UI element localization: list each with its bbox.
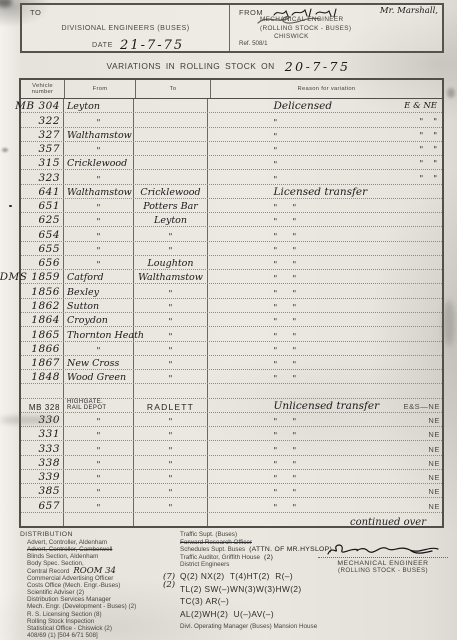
to-cell xyxy=(134,513,208,526)
header-box: TO DIVISIONAL ENGINEERS (BUSES) DATE21-7… xyxy=(20,3,444,53)
from-cell: Cricklewood xyxy=(64,156,134,169)
list-item-text: Traffic Auditor, Griffith House xyxy=(180,554,260,561)
to-cell: " xyxy=(134,242,208,255)
to-cell: " xyxy=(134,427,208,440)
from-cell: " xyxy=(64,113,134,126)
reason-cell: " " xyxy=(208,227,442,240)
vehicle-number-cell: 330 xyxy=(21,413,64,426)
from-cell: New Cross xyxy=(64,356,134,369)
reason-note: " " xyxy=(419,159,437,168)
table-row: MB 328 HIGHGATE. RAIL DEPOT RADLETT Unli… xyxy=(21,399,442,413)
header-from-section: FROM Mr. Marshall, MECHANICAL ENGINEER (… xyxy=(229,5,442,51)
list-item-text: Advert, Controller, Aldenham xyxy=(27,539,107,546)
date-line: DATE21-7-75 xyxy=(92,38,184,53)
reason-cell: " " NE xyxy=(208,427,442,440)
from-cell: " xyxy=(64,170,134,183)
reason-text: " " xyxy=(274,289,297,298)
table-body: MB 304 Leyton Delicensed E & NE 322 " " … xyxy=(21,99,442,526)
signature xyxy=(318,541,448,558)
reason-text: " " xyxy=(274,346,297,355)
table-row: 641 Walthamstow Cricklewood Licensed tra… xyxy=(21,185,442,199)
from-cell: " xyxy=(64,470,134,483)
table-row xyxy=(21,384,442,398)
vehicle-number-cell: 657 xyxy=(21,498,64,511)
reason-text: " " xyxy=(274,460,297,469)
reason-cell: " " " xyxy=(208,156,442,169)
signature-title-2: (ROLLING STOCK - BUSES) xyxy=(318,567,448,574)
reason-cell: " " xyxy=(208,327,442,340)
reason-cell: Unlicensed transfer E&S—NE xyxy=(208,399,442,412)
reason-text: " xyxy=(274,175,278,184)
reason-note: NE xyxy=(428,487,440,496)
from-cell: Sutton xyxy=(64,299,134,312)
table-row: 1848 Wood Green " " " xyxy=(21,370,442,384)
reason-text: " " xyxy=(274,446,297,455)
to-cell: " xyxy=(134,299,208,312)
list-item: Statistical Office - Chiswick (2) xyxy=(20,625,170,632)
reason-cell: " " NE xyxy=(208,498,442,511)
reason-cell: " " xyxy=(208,313,442,326)
reason-cell: " " xyxy=(208,356,442,369)
to-cell: " xyxy=(134,484,208,497)
table-row: MB 304 Leyton Delicensed E & NE xyxy=(21,99,442,113)
list-item: Central RecordROOM 34 xyxy=(20,568,170,575)
to-cell xyxy=(134,170,208,183)
list-item: Rolling Stock Inspection xyxy=(20,618,170,625)
distribution-code-line: TC(3) AR(–) xyxy=(180,595,365,608)
reason-text: " " xyxy=(274,303,297,312)
table-row: 315 Cricklewood " " " xyxy=(21,156,442,170)
distribution-list: DISTRIBUTION Advert, Controller, Aldenha… xyxy=(20,531,170,639)
garage-code-lines: Q(2) NX(2) T(4)HT(2) R(–)TL(2) SW(–)WN(3… xyxy=(180,570,365,620)
reason-cell: " " xyxy=(208,284,442,297)
reason-note: E & NE xyxy=(404,101,437,111)
table-row: 1866 " " " " xyxy=(21,342,442,356)
table-row: 330 " " " " NE xyxy=(21,413,442,427)
from-cell: " xyxy=(64,242,134,255)
col-header-vehicle-number: Vehicle number xyxy=(21,80,65,98)
to-label: TO xyxy=(30,8,41,17)
scan-smudge xyxy=(447,88,455,98)
vehicle-number-cell: DMS 1859 xyxy=(21,270,64,283)
reason-text: " xyxy=(274,132,278,141)
col-header-to: To xyxy=(136,80,211,98)
from-cell: Wood Green xyxy=(64,370,134,383)
table-row: 1862 Sutton " " " xyxy=(21,299,442,313)
table-row: continued over xyxy=(21,513,442,526)
reason-note: " " xyxy=(419,117,437,126)
reason-cell: continued over xyxy=(208,513,442,526)
reason-text: Unlicensed transfer xyxy=(274,400,380,412)
list-item: Traffic Supt. (Buses) xyxy=(180,531,360,539)
scan-smudge xyxy=(443,300,455,346)
table-row: 357 " " " " xyxy=(21,142,442,156)
col-header-from: From xyxy=(65,80,136,98)
reason-text: " " xyxy=(274,431,297,440)
table-row: 327 Walthamstow " " " xyxy=(21,128,442,142)
reason-note: " " xyxy=(419,131,437,140)
table-row: 654 " " " " xyxy=(21,227,442,241)
table-row: 655 " " " " xyxy=(21,242,442,256)
reason-cell: " " " xyxy=(208,142,442,155)
list-item: Commercial Advertising Officer xyxy=(20,575,170,582)
reason-text: " " xyxy=(274,246,297,255)
to-cell: " xyxy=(134,284,208,297)
vehicle-number-cell: 625 xyxy=(21,213,64,226)
vehicle-number-cell: 322 xyxy=(21,113,64,126)
reason-text: " " xyxy=(274,374,297,383)
vehicle-number-cell: MB 328 xyxy=(21,399,64,412)
list-item-text: Advert, Controller, Camberwell xyxy=(27,546,112,553)
list-item-text: R. S. Licensing Section (8) xyxy=(27,611,102,618)
from-cell: Walthamstow xyxy=(64,128,134,141)
vehicle-number-cell: 1848 xyxy=(21,370,64,383)
reason-cell: " " NE xyxy=(208,441,442,454)
date-value-handwritten: 21-7-75 xyxy=(120,38,184,53)
reason-note: NE xyxy=(428,445,440,454)
scanned-memo-page: TO DIVISIONAL ENGINEERS (BUSES) DATE21-7… xyxy=(0,0,457,640)
to-cell: Leyton xyxy=(134,213,208,226)
list-item: Mech. Engr. (Development - Buses) (2) xyxy=(20,603,170,610)
vehicle-number-cell: 1856 xyxy=(21,284,64,297)
signature-scrawl xyxy=(324,541,442,559)
margin-dot xyxy=(9,205,12,208)
recipient: DIVISIONAL ENGINEERS (BUSES) xyxy=(22,23,229,32)
reason-text: " " xyxy=(274,488,297,497)
to-cell xyxy=(134,128,208,141)
from-cell: " xyxy=(64,227,134,240)
from-cell: " xyxy=(64,142,134,155)
list-item-text: Schedules Supt. Buses xyxy=(180,546,245,553)
scan-smudge xyxy=(0,0,12,7)
reason-note: " " xyxy=(419,174,437,183)
to-cell: " xyxy=(134,470,208,483)
list-item: Costs Office (Mech. Engr.-Buses) xyxy=(20,582,170,589)
vehicle-number-cell: 1864 xyxy=(21,313,64,326)
list-item-text: Blinds Section, Aldenham xyxy=(27,553,98,560)
distribution-code-line: AL(2)WH(2) U(–)AV(–) xyxy=(180,608,365,621)
reason-note: NE xyxy=(428,502,440,511)
vehicle-number-cell: 654 xyxy=(21,227,64,240)
sender-block: MECHANICAL ENGINEER (ROLLING STOCK - BUS… xyxy=(260,16,351,42)
from-cell: Catford xyxy=(64,270,134,283)
reason-text: " " xyxy=(274,503,297,512)
vehicle-number-cell: 1862 xyxy=(21,299,64,312)
reason-text: " " xyxy=(274,232,297,241)
to-cell xyxy=(134,142,208,155)
vehicle-number-cell: 315 xyxy=(21,156,64,169)
header-to-section: TO DIVISIONAL ENGINEERS (BUSES) DATE21-7… xyxy=(22,5,229,51)
col-header-reason: Reason for variation xyxy=(211,80,442,98)
handwritten-annotation: (2) xyxy=(264,554,273,561)
to-cell: " xyxy=(134,327,208,340)
table-row: DMS 1859 Catford Walthamstow " " xyxy=(21,270,442,284)
reason-text: Licensed transfer xyxy=(274,186,368,198)
table-row: 1864 Croydon " " " xyxy=(21,313,442,327)
reason-text: " xyxy=(274,118,278,127)
reason-cell: " " xyxy=(208,270,442,283)
table-row: 1867 New Cross " " " xyxy=(21,356,442,370)
from-cell: Thornton Heath xyxy=(64,327,134,340)
to-cell: Walthamstow xyxy=(134,270,208,283)
vehicle-number-cell: 656 xyxy=(21,256,64,269)
reason-cell: " " NE xyxy=(208,413,442,426)
count-2: (2) xyxy=(163,581,175,589)
vehicle-number-cell: 655 xyxy=(21,242,64,255)
to-cell: " xyxy=(134,356,208,369)
from-cell: HIGHGATE. RAIL DEPOT xyxy=(64,399,134,412)
reason-note: E&S—NE xyxy=(403,402,440,411)
list-item: Blinds Section, Aldenham xyxy=(20,553,170,560)
from-cell: Croydon xyxy=(64,313,134,326)
list-item-text: Central Record xyxy=(27,568,69,575)
list-item-text: Mech. Engr. (Development - Buses) (2) xyxy=(27,603,136,610)
list-item-text: Commercial Advertising Officer xyxy=(27,575,113,582)
doc-title-line: VARIATIONS IN ROLLING STOCK ON20-7-75 xyxy=(0,59,457,74)
from-cell xyxy=(64,513,134,526)
to-cell: Cricklewood xyxy=(134,185,208,198)
footer: DISTRIBUTION Advert, Controller, Aldenha… xyxy=(20,531,450,637)
list-item: Advert, Controller, Aldenham xyxy=(20,539,170,546)
routing-name: Mr. Marshall, xyxy=(380,6,438,16)
table-row: 323 " " " " xyxy=(21,170,442,184)
title-date-handwritten: 20-7-75 xyxy=(285,59,351,74)
list-item-text: Distribution Services Manager xyxy=(27,596,111,603)
signature-title-1: MECHANICAL ENGINEER xyxy=(318,560,448,567)
list-item: Distribution Services Manager xyxy=(20,596,170,603)
reason-cell: " " xyxy=(208,256,442,269)
from-cell: Walthamstow xyxy=(64,185,134,198)
table-row: 651 " Potters Bar " " xyxy=(21,199,442,213)
from-cell: " xyxy=(64,213,134,226)
reason-text: " " xyxy=(274,417,297,426)
distribution-title: DISTRIBUTION xyxy=(20,531,170,538)
sender-line-3: CHISWICK xyxy=(260,33,351,42)
reason-text: " " xyxy=(274,260,297,269)
from-cell: Bexley xyxy=(64,284,134,297)
reason-cell: " " NE xyxy=(208,470,442,483)
reason-text: " " xyxy=(274,474,297,483)
vehicle-number-cell: 357 xyxy=(21,142,64,155)
reason-text: " " xyxy=(274,203,297,212)
list-item: Advert, Controller, Camberwell xyxy=(20,546,170,553)
to-cell: Potters Bar xyxy=(134,199,208,212)
date-label: DATE xyxy=(92,40,113,49)
reason-cell: " " " xyxy=(208,128,442,141)
from-cell: Leyton xyxy=(64,99,134,112)
vehicle-number-cell: 641 xyxy=(21,185,64,198)
to-cell xyxy=(134,99,208,112)
vehicle-number-cell: 1865 xyxy=(21,327,64,340)
reason-note: NE xyxy=(428,473,440,482)
from-cell xyxy=(64,384,134,397)
reason-cell: " " NE xyxy=(208,484,442,497)
vehicle-number-cell: 651 xyxy=(21,199,64,212)
reason-cell: " " xyxy=(208,213,442,226)
list-item-text: Costs Office (Mech. Engr.-Buses) xyxy=(27,582,120,589)
from-cell: " xyxy=(64,441,134,454)
reason-text: " " xyxy=(274,360,297,369)
table-row: 385 " " " " NE xyxy=(21,484,442,498)
list-item-text: Statistical Office - Chiswick (2) xyxy=(27,625,112,632)
signature-block: MECHANICAL ENGINEER (ROLLING STOCK - BUS… xyxy=(318,541,448,574)
table-header-row: Vehicle number From To Reason for variat… xyxy=(21,80,442,99)
distribution-items: Advert, Controller, Aldenham Advert, Con… xyxy=(20,539,170,639)
reason-note: NE xyxy=(428,430,440,439)
table-row: 339 " " " " NE xyxy=(21,470,442,484)
handwritten-count-annotation: (7) (2) xyxy=(163,573,175,589)
to-cell: " xyxy=(134,456,208,469)
table-row: 333 " " " " NE xyxy=(21,441,442,455)
list-item-text: 408/69 (1) [504 6/71 508] xyxy=(27,632,98,639)
to-cell xyxy=(134,113,208,126)
to-cell: " xyxy=(134,342,208,355)
reason-text: " xyxy=(274,160,278,169)
reason-cell: " " xyxy=(208,242,442,255)
list-item: 408/69 (1) [504 6/71 508] xyxy=(20,632,170,639)
vehicle-number-cell: MB 304 xyxy=(21,99,64,112)
table-row: 656 " Loughton " " xyxy=(21,256,442,270)
to-cell: " xyxy=(134,313,208,326)
reason-text: " xyxy=(274,146,278,155)
table-row: 625 " Leyton " " xyxy=(21,213,442,227)
vehicle-number-cell: 1867 xyxy=(21,356,64,369)
list-item: R. S. Licensing Section (8) xyxy=(20,611,170,618)
to-cell: Loughton xyxy=(134,256,208,269)
reason-cell: " " NE xyxy=(208,456,442,469)
from-cell: " xyxy=(64,256,134,269)
to-cell: " xyxy=(134,227,208,240)
reason-cell: " " xyxy=(208,199,442,212)
to-cell: " xyxy=(134,498,208,511)
list-item-text: Traffic Supt. (Buses) xyxy=(180,531,237,538)
to-cell: " xyxy=(134,441,208,454)
reason-text: " " xyxy=(274,274,297,283)
vehicle-number-cell: 1866 xyxy=(21,342,64,355)
reason-note: continued over xyxy=(350,517,426,528)
table-row: 338 " " " " NE xyxy=(21,456,442,470)
vehicle-number-cell: 323 xyxy=(21,170,64,183)
reason-cell xyxy=(208,384,442,397)
reason-note: NE xyxy=(428,416,440,425)
reason-cell: " " xyxy=(208,342,442,355)
table-row: 1856 Bexley " " " xyxy=(21,284,442,298)
from-cell: " xyxy=(64,498,134,511)
vehicle-number-cell: 331 xyxy=(21,427,64,440)
table-row: 1865 Thornton Heath " " " xyxy=(21,327,442,341)
table-row: 322 " " " " xyxy=(21,113,442,127)
from-cell: " xyxy=(64,413,134,426)
list-item-text: District Engineers xyxy=(180,561,229,568)
table-row: 331 " " " " NE xyxy=(21,427,442,441)
reason-cell: " " xyxy=(208,370,442,383)
reason-cell: " " xyxy=(208,299,442,312)
rolling-stock-table: Vehicle number From To Reason for variat… xyxy=(19,78,444,528)
vehicle-number-cell: 338 xyxy=(21,456,64,469)
list-item-text: Rolling Stock Inspection xyxy=(27,618,94,625)
from-cell: " xyxy=(64,199,134,212)
scan-smudge xyxy=(2,148,8,152)
vehicle-number-cell xyxy=(21,384,64,397)
reason-text: " " xyxy=(274,332,297,341)
to-cell: " xyxy=(134,370,208,383)
distribution-code-line: TL(2) SW(–)WN(3)W(3)HW(2) xyxy=(180,583,365,596)
vehicle-number-cell: 339 xyxy=(21,470,64,483)
manager-line: Divl. Operating Manager (Buses) Mansion … xyxy=(180,623,317,630)
sender-line-2: (ROLLING STOCK - BUSES) xyxy=(260,25,351,34)
reason-cell: " " " xyxy=(208,170,442,183)
list-item-text: Forward Research Officer xyxy=(180,539,252,546)
reason-cell: Delicensed E & NE xyxy=(208,99,442,112)
table-row: 657 " " " " NE xyxy=(21,498,442,512)
ref-number: Ref. 508/1 xyxy=(239,40,268,47)
from-cell: " xyxy=(64,342,134,355)
to-cell: RADLETT xyxy=(134,399,208,412)
vehicle-number-cell: 333 xyxy=(21,441,64,454)
to-cell: " xyxy=(134,413,208,426)
sender-line-1: MECHANICAL ENGINEER xyxy=(260,16,351,25)
to-cell xyxy=(134,384,208,397)
vehicle-number-cell: 327 xyxy=(21,128,64,141)
reason-note: NE xyxy=(428,459,440,468)
to-cell xyxy=(134,156,208,169)
vehicle-number-cell xyxy=(21,513,64,526)
reason-text: " " xyxy=(274,217,297,226)
from-cell: " xyxy=(64,484,134,497)
from-cell: " xyxy=(64,427,134,440)
reason-text: Delicensed xyxy=(274,100,333,112)
reason-text: " " xyxy=(274,317,297,326)
reason-note: " " xyxy=(419,145,437,154)
list-item: Scientific Adviser (2) xyxy=(20,589,170,596)
reason-cell: Licensed transfer xyxy=(208,185,442,198)
from-cell: " xyxy=(64,456,134,469)
reason-cell: " " " xyxy=(208,113,442,126)
list-item-text: Scientific Adviser (2) xyxy=(27,589,84,596)
vehicle-number-cell: 385 xyxy=(21,484,64,497)
doc-title: VARIATIONS IN ROLLING STOCK ON xyxy=(107,61,275,71)
